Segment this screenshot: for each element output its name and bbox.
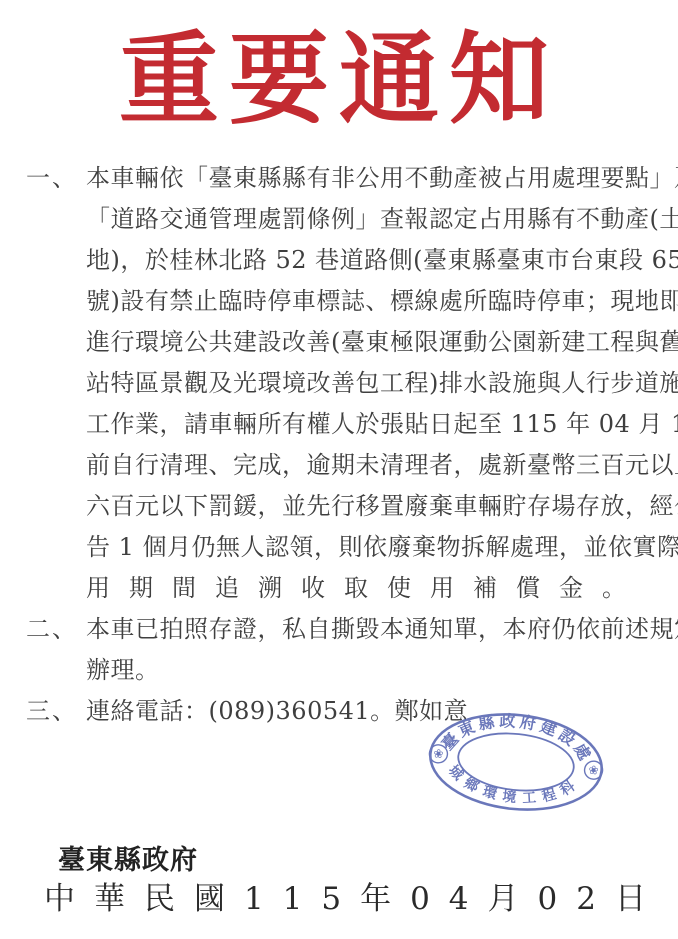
stamp-top-text: 臺東縣政府建設處 <box>436 703 601 769</box>
notice-line: 一、 本車輛依「臺東縣縣有非公用不動產被占用處理要點」及 <box>26 158 654 199</box>
issue-date: 中 華 民 國 1 1 5 年 0 4 月 0 2 日 <box>0 880 678 918</box>
date-token: 0 <box>410 880 430 918</box>
notice-line: 地)，於桂林北路 52 巷道路側(臺東縣臺東市台東段 656 地 <box>26 240 654 281</box>
date-token: 1 <box>283 880 303 918</box>
notice-line: 二、 本車已拍照存證，私自撕毀本通知單，本府仍依前述規定 <box>26 609 654 650</box>
line-text: 連絡電話：(089)360541。鄭如意 <box>86 697 468 725</box>
line-text: 六百元以下罰鍰，並先行移置廢棄車輛貯存場存放，經公 <box>86 492 678 520</box>
line-text: 進行環境公共建設改善(臺東極限運動公園新建工程與舊 <box>86 328 678 356</box>
notice-line: 辦理。 <box>26 650 654 691</box>
notice-line: 站特區景觀及光環境改善包工程)排水設施與人行步道施 <box>26 363 654 404</box>
date-token: 年 <box>360 880 391 918</box>
date-token: 中 <box>44 880 75 918</box>
notice-line: 號)設有禁止臨時停車標誌、標線處所臨時停車；現地即將 <box>26 281 654 322</box>
notice-line: 進行環境公共建設改善(臺東極限運動公園新建工程與舊 <box>26 322 654 363</box>
notice-line-justified: 用期間追溯收取使用補償金。 <box>26 568 654 609</box>
line-text: 站特區景觀及光環境改善包工程)排水設施與人行步道施 <box>86 369 678 397</box>
line-text: 本車輛依「臺東縣縣有非公用不動產被占用處理要點」及 <box>86 164 678 192</box>
line-text: 「道路交通管理處罰條例」查報認定占用縣有不動產(土 <box>86 205 678 233</box>
notice-line: 「道路交通管理處罰條例」查報認定占用縣有不動產(土 <box>26 199 654 240</box>
item-marker: 三、 <box>26 691 86 732</box>
item-marker: 一、 <box>26 158 86 199</box>
date-token: 0 <box>538 880 558 918</box>
date-token: 國 <box>194 880 225 918</box>
date-token: 2 <box>576 880 596 918</box>
date-token: 5 <box>321 880 341 918</box>
line-text: 告 1 個月仍無人認領，則依廢棄物拆解處理，並依實際占 <box>86 533 678 561</box>
line-text: 本車已拍照存證，私自撕毀本通知單，本府仍依前述規定 <box>86 615 678 643</box>
line-text: 辦理。 <box>86 656 160 684</box>
notice-line: 告 1 個月仍無人認領，則依廢棄物拆解處理，並依實際占 <box>26 527 654 568</box>
notice-body: 一、 本車輛依「臺東縣縣有非公用不動產被占用處理要點」及 「道路交通管理處罰條例… <box>26 158 654 732</box>
line-text: 用期間追溯收取使用補償金。 <box>86 574 645 602</box>
notice-line: 前自行清理、完成，逾期未清理者，處新臺幣三百元以上 <box>26 445 654 486</box>
item-marker: 二、 <box>26 609 86 650</box>
date-token: 民 <box>144 880 175 918</box>
plum-blossom-icon: ❀ <box>433 746 444 761</box>
line-text: 工作業，請車輛所有權人於張貼日起至 115 年 04 月 17 日 <box>86 410 678 438</box>
line-text: 地)，於桂林北路 52 巷道路側(臺東縣臺東市台東段 656 地 <box>86 246 678 274</box>
notice-page: 重要通知 一、 本車輛依「臺東縣縣有非公用不動產被占用處理要點」及 「道路交通管… <box>0 0 678 939</box>
date-token: 1 <box>244 880 264 918</box>
date-token: 月 <box>488 880 519 918</box>
line-text: 前自行清理、完成，逾期未清理者，處新臺幣三百元以上 <box>86 451 678 479</box>
notice-line: 工作業，請車輛所有權人於張貼日起至 115 年 04 月 17 日 <box>26 404 654 445</box>
issuing-agency: 臺東縣政府 <box>58 838 198 877</box>
date-token: 日 <box>615 880 646 918</box>
official-seal-stamp: 臺東縣政府建設處 城鄉環境工程科 ❀ ❀ <box>418 700 614 830</box>
notice-title: 重要通知 <box>0 18 678 140</box>
plum-blossom-icon: ❀ <box>588 763 599 778</box>
date-token: 4 <box>449 880 469 918</box>
line-text: 號)設有禁止臨時停車標誌、標線處所臨時停車；現地即將 <box>86 287 678 315</box>
date-token: 華 <box>94 880 125 918</box>
notice-line: 六百元以下罰鍰，並先行移置廢棄車輛貯存場存放，經公 <box>26 486 654 527</box>
